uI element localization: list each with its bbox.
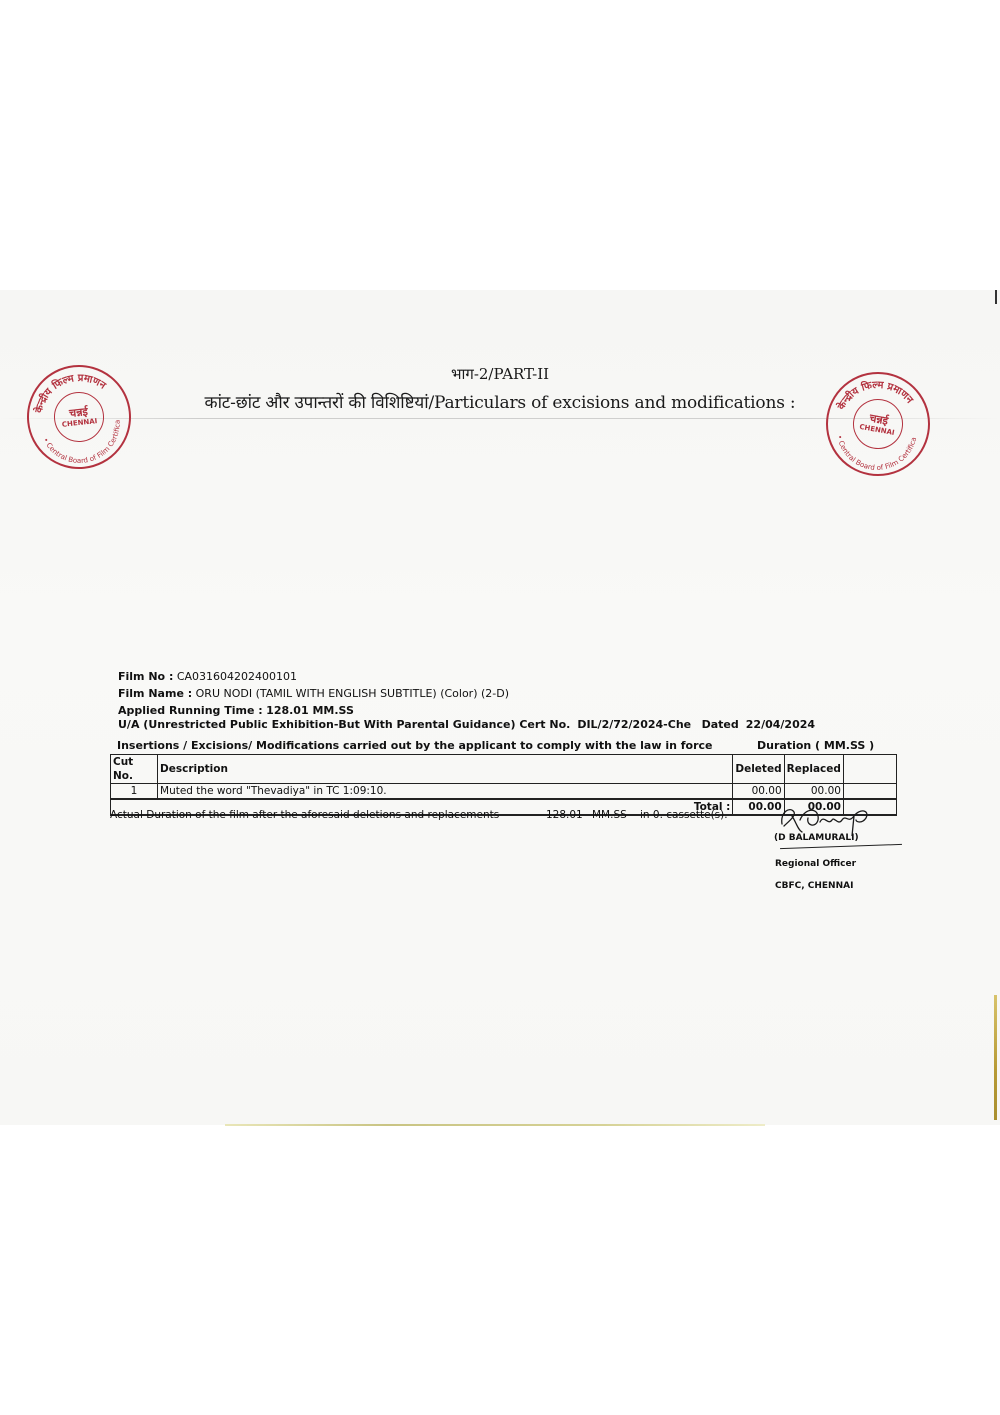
col-replaced: Replaced [784, 755, 843, 784]
signatory-title: Regional Officer [775, 859, 856, 869]
film-no-value: CA031604202400101 [177, 670, 297, 683]
signatory-name: (D BALAMURALI) [774, 833, 859, 843]
certificate-row: U/A (Unrestricted Public Exhibition-But … [118, 718, 815, 731]
scan-right-edge [994, 995, 997, 1120]
col-blank [843, 755, 896, 784]
signature-icon [776, 802, 876, 836]
cell-deleted: 00.00 [733, 784, 784, 800]
scan-bottom-edge [225, 1124, 765, 1126]
film-no-label: Film No : [118, 670, 173, 683]
actual-duration-value: 128.01 [546, 809, 583, 821]
table-row: 1 Muted the word "Thevadiya" in TC 1:09:… [111, 784, 897, 800]
cell-blank [843, 784, 896, 800]
col-deleted: Deleted [733, 755, 784, 784]
running-time-value: 128.01 MM.SS [266, 704, 354, 717]
cert-no-value: DIL/2/72/2024-Che [577, 718, 691, 731]
col-description: Description [158, 755, 733, 784]
film-name-label: Film Name : [118, 687, 192, 700]
scan-edge-mark [995, 290, 997, 304]
dated-value: 22/04/2024 [746, 718, 815, 731]
duration-heading: Duration ( MM.SS ) [757, 739, 874, 752]
cell-description: Muted the word "Thevadiya" in TC 1:09:10… [158, 784, 733, 800]
modifications-heading: Insertions / Excisions/ Modifications ca… [117, 739, 713, 752]
certificate-text: U/A (Unrestricted Public Exhibition-But … [118, 718, 570, 731]
dated-label: Dated [702, 718, 739, 731]
col-cut-no: Cut No. [111, 755, 158, 784]
cell-cut-no: 1 [111, 784, 158, 800]
seal-city: CHENNAI [859, 422, 896, 437]
actual-duration-unit: MM.SS [592, 809, 627, 821]
seal-city: CHENNAI [61, 417, 97, 430]
film-name-row: Film Name : ORU NODI (TAMIL WITH ENGLISH… [118, 687, 509, 700]
actual-duration-cassettes: in 0. cassette(s). [640, 809, 728, 821]
film-name-value: ORU NODI (TAMIL WITH ENGLISH SUBTITLE) (… [196, 687, 509, 700]
actual-duration-label: Actual Duration of the film after the af… [110, 809, 499, 821]
cbfc-seal-left-icon: केन्द्रीय फिल्म प्रमाणन • Central Board … [22, 360, 136, 474]
running-time-row: Applied Running Time : 128.01 MM.SS [118, 704, 354, 717]
signatory-office: CBFC, CHENNAI [775, 881, 853, 891]
cbfc-seal-right-icon: केन्द्रीय फिल्म प्रमाणन • Central Board … [818, 364, 938, 484]
modifications-heading-text: Insertions / Excisions/ Modifications ca… [117, 739, 713, 752]
table-header-row: Cut No. Description Deleted Replaced [111, 755, 897, 784]
running-time-label: Applied Running Time : [118, 704, 263, 717]
film-no-row: Film No : CA031604202400101 [118, 670, 297, 683]
cell-replaced: 00.00 [784, 784, 843, 800]
